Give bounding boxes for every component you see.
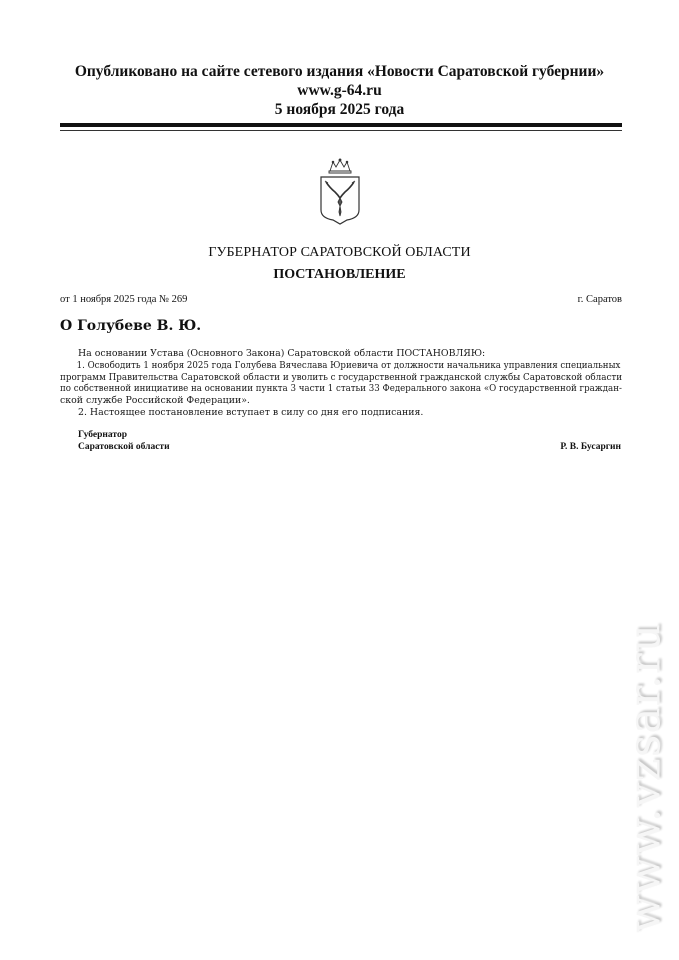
watermark: www.vzsar.ru [620, 623, 671, 933]
publication-notice: Опубликовано на сайте сетевого издания «… [0, 63, 679, 81]
body-line: программ Правительства Саратовской облас… [60, 372, 586, 384]
publication-date: 5 ноября 2025 года [0, 101, 679, 119]
body-line: по собственной инициативе на основании п… [60, 383, 579, 395]
saratov-coat-of-arms-icon [317, 158, 363, 228]
body-line: 1. Освободить 1 ноября 2025 года Голубев… [60, 360, 578, 372]
header-divider-thick [60, 123, 622, 127]
body-preamble: На основании Устава (Основного Закона) С… [60, 348, 622, 360]
signature-title: Губернатор Саратовской области [78, 430, 170, 453]
document-type: ПОСТАНОВЛЕНИЕ [0, 267, 679, 283]
publication-site: www.g-64.ru [0, 82, 679, 100]
issuer-title: ГУБЕРНАТОР САРАТОВСКОЙ ОБЛАСТИ [0, 245, 679, 261]
decree-place: г. Саратов [578, 294, 622, 305]
body-line: 2. Настоящее постановление вступает в си… [60, 407, 622, 419]
signature-title-line1: Губернатор [78, 430, 170, 442]
decree-date-number: от 1 ноября 2025 года № 269 [60, 294, 187, 305]
header-divider-thin [60, 130, 622, 132]
signature-title-line2: Саратовской области [78, 442, 170, 454]
decree-body: На основании Устава (Основного Закона) С… [60, 348, 622, 419]
signatory-name: Р. В. Бусаргин [560, 442, 621, 452]
body-line: ской службе Российской Федерации». [60, 395, 622, 407]
decree-subject: О Голубеве В. Ю. [60, 318, 201, 334]
